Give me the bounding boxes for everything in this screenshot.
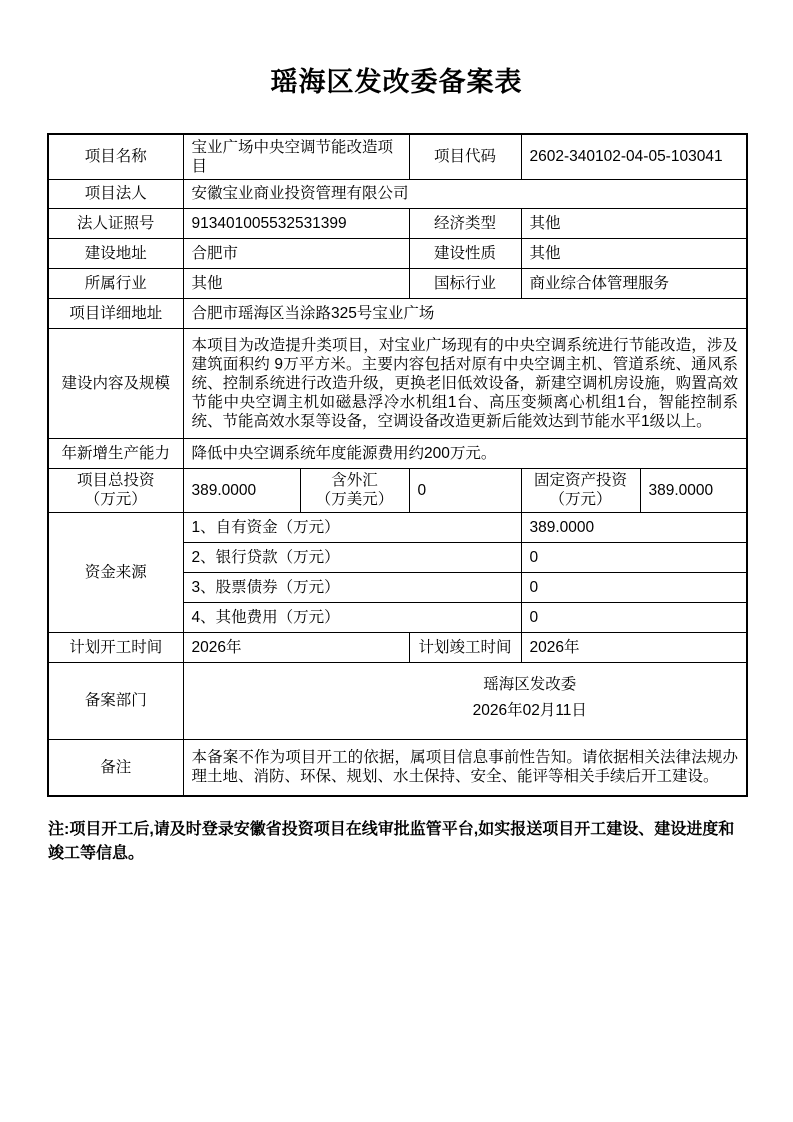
row-annual-capacity: 年新增生产能力 降低中央空调系统年度能源费用约200万元。	[48, 438, 747, 468]
finish-time-value: 2026年	[521, 632, 747, 662]
filing-form-table: 项目名称 宝业广场中央空调节能改造项目 项目代码 2602-340102-04-…	[47, 133, 748, 797]
project-code-label: 项目代码	[409, 134, 521, 179]
start-time-label: 计划开工时间	[48, 632, 183, 662]
filing-dept-date: 2026年02月11日	[322, 698, 739, 724]
project-name-value: 宝业广场中央空调节能改造项目	[183, 134, 409, 179]
row-detail-address: 项目详细地址 合肥市瑶海区当涂路325号宝业广场	[48, 298, 747, 328]
license-no-value: 913401005532531399	[183, 208, 409, 238]
funding-item-4-label: 4、其他费用（万元）	[183, 602, 521, 632]
foreign-currency-value: 0	[409, 468, 521, 512]
foreign-currency-label-line1: 含外汇	[309, 471, 401, 490]
industry-value: 其他	[183, 268, 409, 298]
start-time-value: 2026年	[183, 632, 409, 662]
filing-dept-cell: 瑶海区发改委 2026年02月11日	[183, 662, 747, 739]
document-page: 瑶海区发改委备案表 项目名称 宝业广场中央空调节能改造项目 项目代码 2602-…	[0, 0, 793, 1122]
content-scale-value: 本项目为改造提升类项目，对宝业广场现有的中央空调系统进行节能改造，涉及建筑面积约…	[183, 328, 747, 438]
industry-label: 所属行业	[48, 268, 183, 298]
project-name-label: 项目名称	[48, 134, 183, 179]
footer-note: 注:项目开工后,请及时登录安徽省投资项目在线审批监管平台,如实报送项目开工建设、…	[48, 818, 748, 866]
build-address-value: 合肥市	[183, 238, 409, 268]
row-investment: 项目总投资 （万元） 389.0000 含外汇 （万美元） 0 固定资产投资 （…	[48, 468, 747, 512]
fixed-assets-value: 389.0000	[640, 468, 747, 512]
national-industry-value: 商业综合体管理服务	[521, 268, 747, 298]
funding-item-1-value: 389.0000	[521, 512, 747, 542]
funding-item-2-label: 2、银行贷款（万元）	[183, 542, 521, 572]
funding-item-2-value: 0	[521, 542, 747, 572]
row-industry: 所属行业 其他 国标行业 商业综合体管理服务	[48, 268, 747, 298]
detail-address-label: 项目详细地址	[48, 298, 183, 328]
content-scale-label: 建设内容及规模	[48, 328, 183, 438]
row-build-address: 建设地址 合肥市 建设性质 其他	[48, 238, 747, 268]
fixed-assets-label-line2: （万元）	[530, 490, 632, 509]
build-address-label: 建设地址	[48, 238, 183, 268]
finish-time-label: 计划竣工时间	[409, 632, 521, 662]
filing-dept-name: 瑶海区发改委	[322, 672, 739, 698]
fixed-assets-label-line1: 固定资产投资	[530, 471, 632, 490]
foreign-currency-label: 含外汇 （万美元）	[300, 468, 409, 512]
license-no-label: 法人证照号	[48, 208, 183, 238]
row-funding-1: 资金来源 1、自有资金（万元） 389.0000	[48, 512, 747, 542]
row-license-no: 法人证照号 913401005532531399 经济类型 其他	[48, 208, 747, 238]
economy-type-label: 经济类型	[409, 208, 521, 238]
economy-type-value: 其他	[521, 208, 747, 238]
row-remarks: 备注 本备案不作为项目开工的依据，属项目信息事前性告知。请依据相关法律法规办理土…	[48, 739, 747, 796]
remarks-value: 本备案不作为项目开工的依据，属项目信息事前性告知。请依据相关法律法规办理土地、消…	[183, 739, 747, 796]
row-schedule: 计划开工时间 2026年 计划竣工时间 2026年	[48, 632, 747, 662]
row-legal-person: 项目法人 安徽宝业商业投资管理有限公司	[48, 179, 747, 208]
total-investment-value: 389.0000	[183, 468, 300, 512]
filing-dept-block: 瑶海区发改委 2026年02月11日	[192, 672, 739, 730]
remarks-label: 备注	[48, 739, 183, 796]
detail-address-value: 合肥市瑶海区当涂路325号宝业广场	[183, 298, 747, 328]
foreign-currency-label-line2: （万美元）	[309, 490, 401, 509]
fixed-assets-label: 固定资产投资 （万元）	[521, 468, 640, 512]
build-nature-value: 其他	[521, 238, 747, 268]
total-investment-label-line2: （万元）	[57, 490, 175, 509]
funding-item-4-value: 0	[521, 602, 747, 632]
total-investment-label: 项目总投资 （万元）	[48, 468, 183, 512]
row-filing-dept: 备案部门 瑶海区发改委 2026年02月11日	[48, 662, 747, 739]
filing-dept-label: 备案部门	[48, 662, 183, 739]
funding-item-3-label: 3、股票债券（万元）	[183, 572, 521, 602]
legal-person-value: 安徽宝业商业投资管理有限公司	[183, 179, 747, 208]
row-project-name: 项目名称 宝业广场中央空调节能改造项目 项目代码 2602-340102-04-…	[48, 134, 747, 179]
national-industry-label: 国标行业	[409, 268, 521, 298]
annual-capacity-label: 年新增生产能力	[48, 438, 183, 468]
annual-capacity-value: 降低中央空调系统年度能源费用约200万元。	[183, 438, 747, 468]
project-code-value: 2602-340102-04-05-103041	[521, 134, 747, 179]
funding-item-3-value: 0	[521, 572, 747, 602]
funding-item-1-label: 1、自有资金（万元）	[183, 512, 521, 542]
legal-person-label: 项目法人	[48, 179, 183, 208]
build-nature-label: 建设性质	[409, 238, 521, 268]
row-content-scale: 建设内容及规模 本项目为改造提升类项目，对宝业广场现有的中央空调系统进行节能改造…	[48, 328, 747, 438]
document-title: 瑶海区发改委备案表	[0, 60, 793, 99]
total-investment-label-line1: 项目总投资	[57, 471, 175, 490]
funding-source-label: 资金来源	[48, 512, 183, 632]
